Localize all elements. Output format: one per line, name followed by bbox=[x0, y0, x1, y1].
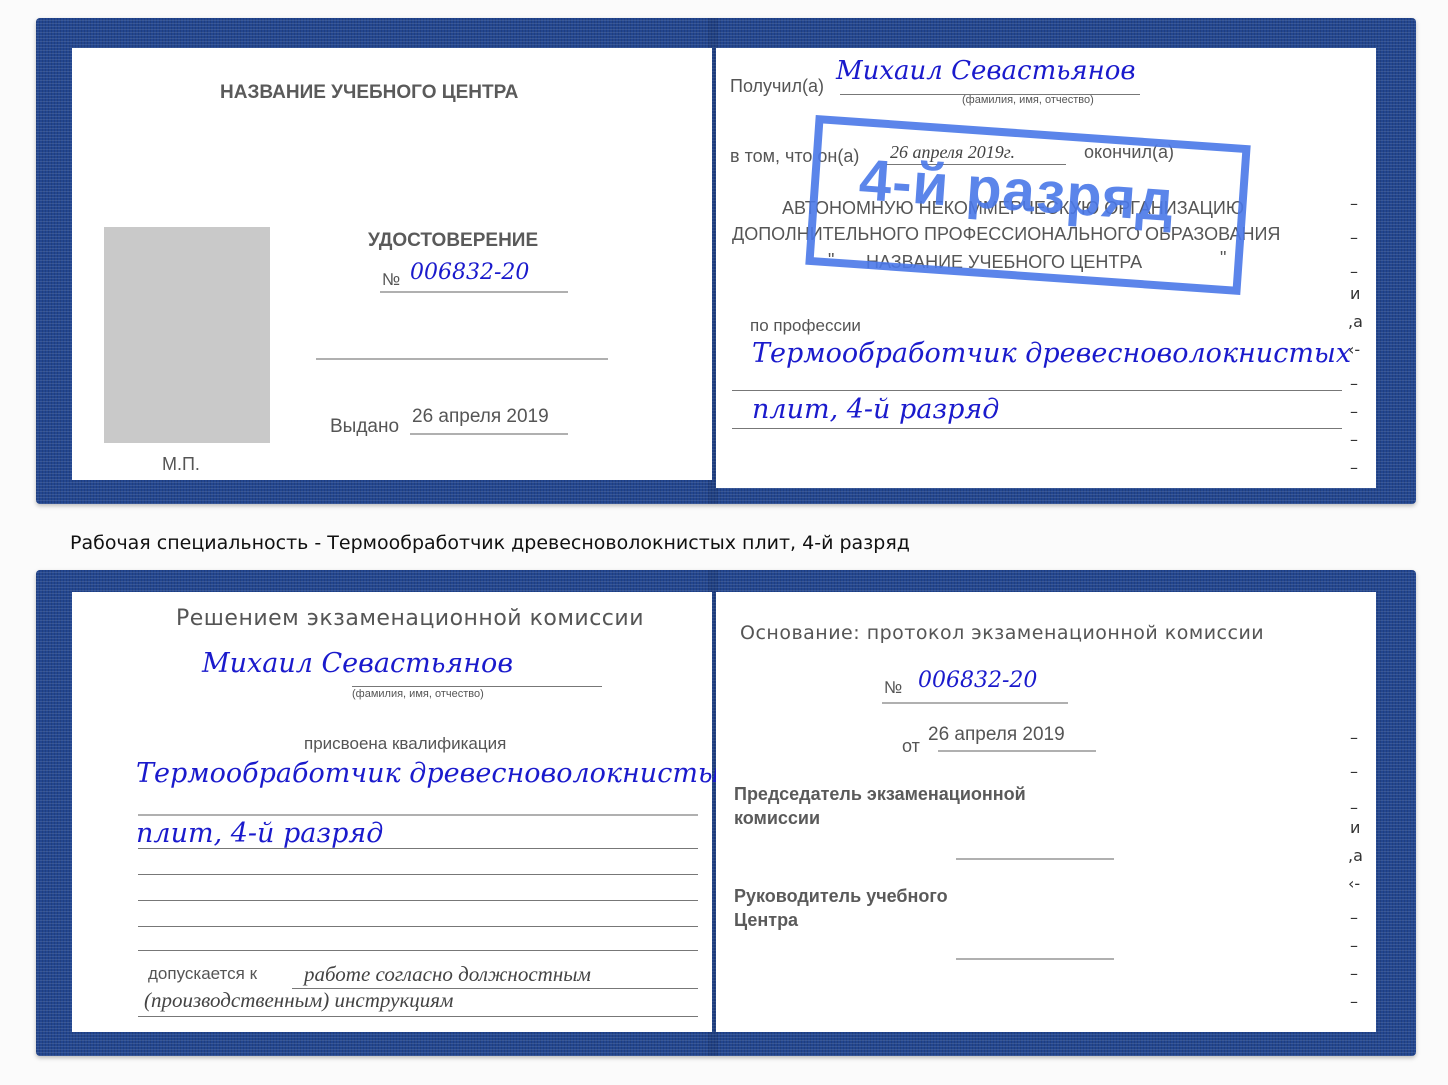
protocol-date-underline bbox=[938, 750, 1096, 752]
edge-mark: – bbox=[1350, 992, 1358, 1011]
edge-mark: – bbox=[1350, 728, 1358, 747]
person-name: Михаил Севастьянов bbox=[202, 648, 513, 679]
edge-mark: – bbox=[1350, 798, 1358, 817]
certificate-front-page: НАЗВАНИЕ УЧЕБНОГО ЦЕНТРА УДОСТОВЕРЕНИЕ №… bbox=[72, 48, 712, 480]
protocol-date-label: от bbox=[902, 736, 920, 757]
fio-hint: (фамилия, имя, отчество) bbox=[352, 688, 484, 700]
grade-stamp: 4-й разряд bbox=[805, 115, 1250, 295]
issued-underline bbox=[410, 433, 568, 435]
edge-mark: – bbox=[1350, 374, 1358, 393]
decision-title: Решением экзаменационной комиссии bbox=[176, 606, 644, 631]
issued-label: Выдано bbox=[330, 416, 399, 438]
blank-line bbox=[316, 358, 608, 360]
edge-mark: ,а bbox=[1348, 312, 1363, 331]
seal-label: М.П. bbox=[162, 454, 200, 475]
edge-mark: – bbox=[1350, 228, 1358, 247]
certificate-number: 006832-20 bbox=[410, 260, 529, 285]
basis-title: Основание: протокол экзаменационной коми… bbox=[740, 622, 1264, 644]
fio-hint: (фамилия, имя, отчество) bbox=[962, 94, 1094, 106]
blank-line bbox=[138, 900, 698, 901]
edge-mark: и bbox=[1350, 284, 1360, 303]
edge-mark: ‹- bbox=[1348, 340, 1360, 359]
grade-stamp-text: 4-й разряд bbox=[857, 146, 1177, 235]
org-title: НАЗВАНИЕ УЧЕБНОГО ЦЕНТРА bbox=[220, 82, 518, 104]
edge-mark: – bbox=[1350, 262, 1358, 281]
chair-label-line-1: Председатель экзаменационной bbox=[734, 784, 1026, 805]
head-label-line-2: Центра bbox=[734, 910, 798, 931]
recipient-name: Михаил Севастьянов bbox=[836, 56, 1136, 86]
edge-mark: – bbox=[1350, 908, 1358, 927]
commission-decision-page: Решением экзаменационной комиссии Михаил… bbox=[72, 592, 712, 1032]
doc-title: УДОСТОВЕРЕНИЕ bbox=[368, 230, 538, 252]
profession-line-2: плит, 4-й разряд bbox=[752, 394, 999, 425]
edge-mark: – bbox=[1350, 458, 1358, 477]
profession-underline-1 bbox=[732, 390, 1342, 391]
edge-mark: – bbox=[1350, 964, 1358, 983]
issued-date: 26 апреля 2019 bbox=[412, 406, 549, 428]
qualification-underline-1 bbox=[138, 814, 698, 816]
protocol-number-underline bbox=[882, 702, 1068, 704]
edge-mark: – bbox=[1350, 936, 1358, 955]
admitted-line-1: работе согласно должностным bbox=[304, 962, 591, 987]
certificate-cover-bottom: Решением экзаменационной комиссии Михаил… bbox=[36, 570, 1416, 1056]
protocol-number-label: № bbox=[884, 678, 902, 698]
commission-basis-page: Основание: протокол экзаменационной коми… bbox=[716, 592, 1376, 1032]
certificate-cover-top: НАЗВАНИЕ УЧЕБНОГО ЦЕНТРА УДОСТОВЕРЕНИЕ №… bbox=[36, 18, 1416, 504]
edge-mark: и bbox=[1350, 818, 1360, 837]
qualification-line-1: Термообработчик древесноволокнистых bbox=[136, 758, 735, 789]
edge-mark: ‹- bbox=[1348, 874, 1360, 893]
edge-mark: – bbox=[1350, 402, 1358, 421]
qualification-underline-2 bbox=[138, 848, 698, 849]
edge-mark: – bbox=[1350, 194, 1358, 213]
number-underline bbox=[380, 291, 568, 293]
certificate-inner-page: Получил(а) Михаил Севастьянов (фамилия, … bbox=[716, 48, 1376, 488]
protocol-number: 006832-20 bbox=[918, 668, 1037, 693]
admitted-label: допускается к bbox=[148, 964, 257, 984]
chair-label-line-2: комиссии bbox=[734, 808, 820, 829]
specialty-caption: Рабочая специальность - Термообработчик … bbox=[70, 532, 910, 554]
assigned-label: присвоена квалификация bbox=[304, 734, 506, 754]
edge-mark: – bbox=[1350, 430, 1358, 449]
blank-line bbox=[138, 926, 698, 927]
received-label: Получил(а) bbox=[730, 76, 824, 97]
chair-signature-line bbox=[956, 858, 1114, 860]
qualification-line-2: плит, 4-й разряд bbox=[136, 818, 383, 849]
protocol-date: 26 апреля 2019 bbox=[928, 724, 1065, 746]
admitted-line-2: (производственным) инструкциям bbox=[144, 988, 453, 1013]
blank-line bbox=[138, 950, 698, 951]
edge-mark: – bbox=[1350, 762, 1358, 781]
profession-line-1: Термообработчик древесноволокнистых bbox=[752, 338, 1351, 369]
head-signature-line bbox=[956, 958, 1114, 960]
profession-underline-2 bbox=[732, 428, 1342, 429]
admitted-underline-2 bbox=[138, 1016, 698, 1017]
blank-line bbox=[138, 874, 698, 875]
head-label-line-1: Руководитель учебного bbox=[734, 886, 948, 907]
person-name-underline bbox=[352, 686, 602, 687]
profession-label: по профессии bbox=[750, 316, 861, 336]
number-label: № bbox=[382, 270, 400, 290]
edge-mark: ,а bbox=[1348, 846, 1363, 865]
photo-placeholder bbox=[104, 227, 270, 443]
